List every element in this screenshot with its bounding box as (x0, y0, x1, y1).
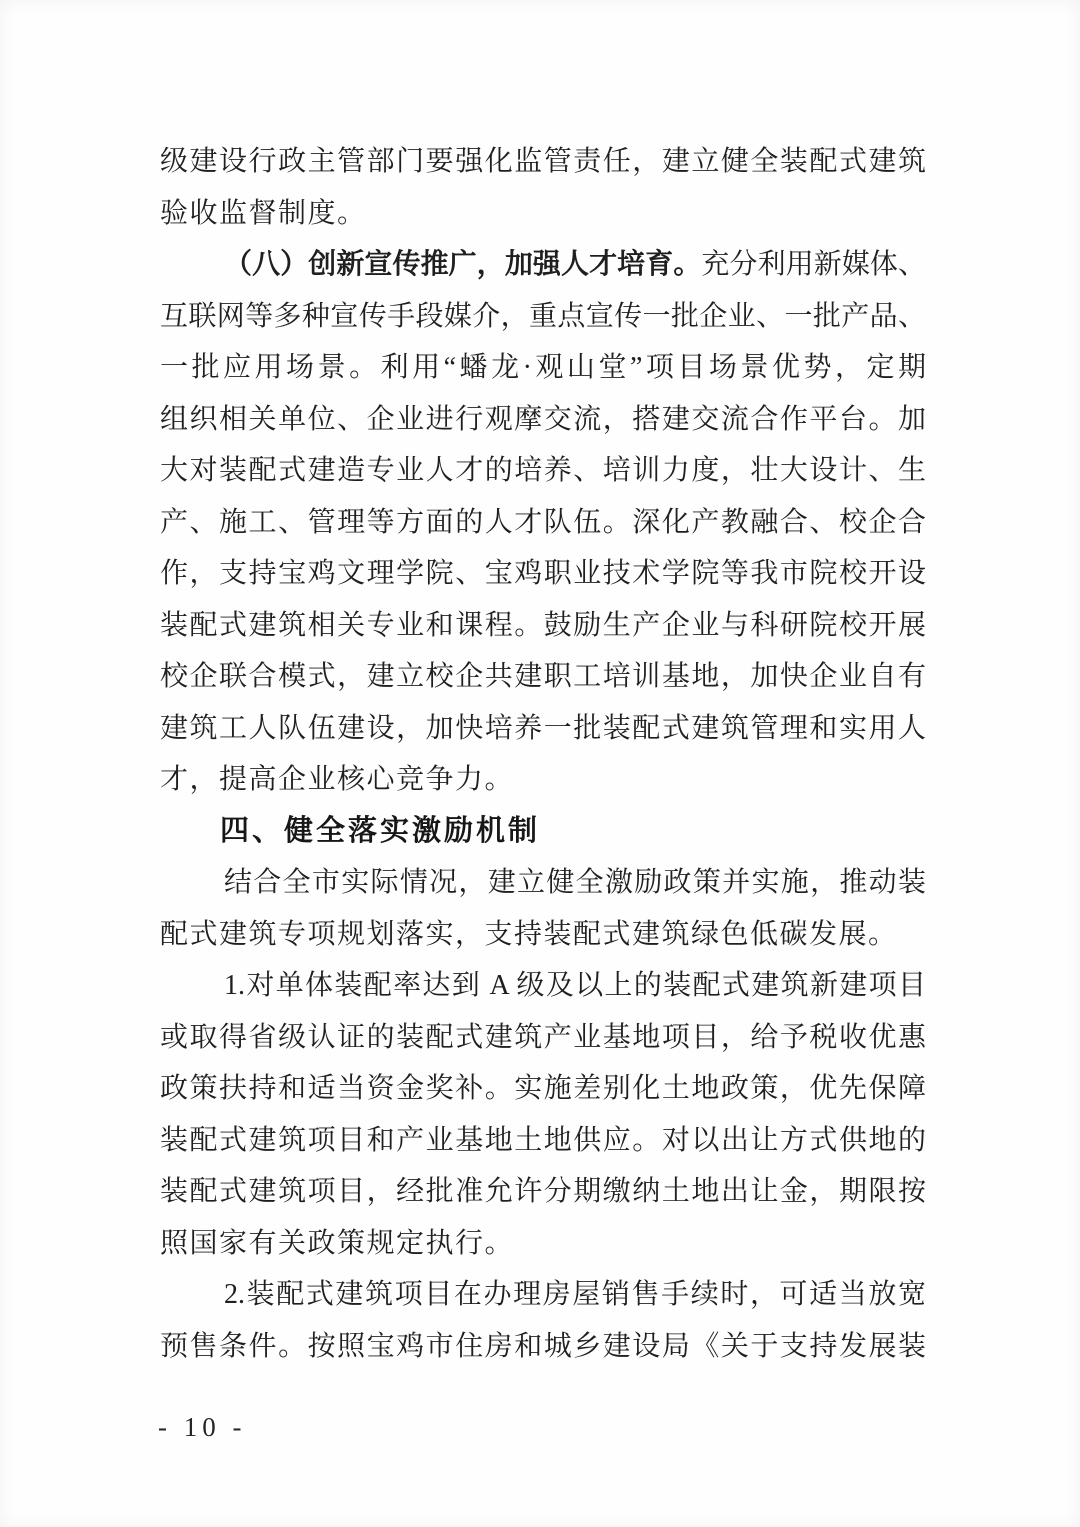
text-line-text: 充分利用新媒体、 (701, 249, 926, 280)
text-line: 校企联合模式，建立校企共建职工培训基地，加快企业自有 (160, 651, 926, 703)
text-line: 配式建筑专项规划落实，支持装配式建筑绿色低碳发展。 (160, 909, 926, 961)
text-line: 组织相关单位、企业进行观摩交流，搭建交流合作平台。加 (160, 394, 926, 446)
text-line: 1.对单体装配率达到 A 级及以上的装配式建筑新建项目 (160, 960, 926, 1012)
page-number: - 10 - (158, 1412, 246, 1443)
section-heading-text: 四、健全落实激励机制 (220, 815, 540, 847)
text-line: 装配式建筑项目，经批准允许分期缴纳土地出让金，期限按 (160, 1166, 926, 1218)
text-line-text: 装配式建筑相关专业和课程。鼓励生产企业与科研院校开展 (160, 610, 926, 641)
text-line-text: 产、施工、管理等方面的人才队伍。深化产教融合、校企合 (160, 507, 926, 538)
text-line: 产、施工、管理等方面的人才队伍。深化产教融合、校企合 (160, 497, 926, 549)
text-line: 装配式建筑相关专业和课程。鼓励生产企业与科研院校开展 (160, 600, 926, 652)
section-heading: 四、健全落实激励机制 (160, 806, 926, 858)
text-line: 2.装配式建筑项目在办理房屋销售手续时，可适当放宽 (160, 1269, 926, 1321)
text-line-text: 组织相关单位、企业进行观摩交流，搭建交流合作平台。加 (160, 404, 926, 435)
text-line-text: 装配式建筑项目，经批准允许分期缴纳土地出让金，期限按 (160, 1176, 926, 1207)
text-line-text: 作，支持宝鸡文理学院、宝鸡职业技术学院等我市院校开设 (160, 558, 926, 589)
text-line-text: 互联网等多种宣传手段媒介，重点宣传一批企业、一批产品、 (160, 301, 926, 332)
text-line-text: 才，提高企业核心竞争力。 (160, 764, 514, 795)
text-line-text: 装配式建筑项目和产业基地土地供应。对以出让方式供地的 (160, 1125, 926, 1156)
text-line-text: 一批应用场景。利用“蟠龙·观山堂”项目场景优势，定期 (160, 352, 926, 383)
text-line-text: 2.装配式建筑项目在办理房屋销售手续时，可适当放宽 (224, 1279, 926, 1310)
text-line-text: 大对装配式建造专业人才的培养、培训力度，壮大设计、生 (160, 455, 926, 486)
text-line: 照国家有关政策规定执行。 (160, 1218, 926, 1270)
text-line: 建筑工人队伍建设，加快培养一批装配式建筑管理和实用人 (160, 703, 926, 755)
text-line-text: 预售条件。按照宝鸡市住房和城乡建设局《关于支持发展装 (160, 1331, 926, 1362)
paragraph-lead-bold: （八）创新宣传推广，加强人才培育。 (224, 249, 701, 280)
text-line: 才，提高企业核心竞争力。 (160, 754, 926, 806)
text-line: 装配式建筑项目和产业基地土地供应。对以出让方式供地的 (160, 1115, 926, 1167)
text-line: 预售条件。按照宝鸡市住房和城乡建设局《关于支持发展装 (160, 1321, 926, 1373)
document-page: 级建设行政主管部门要强化监管责任，建立健全装配式建筑验收监督制度。（八）创新宣传… (0, 0, 1080, 1527)
text-line-text: 级建设行政主管部门要强化监管责任，建立健全装配式建筑 (160, 146, 926, 177)
text-line-text: 校企联合模式，建立校企共建职工培训基地，加快企业自有 (160, 661, 926, 692)
text-line: （八）创新宣传推广，加强人才培育。充分利用新媒体、 (160, 239, 926, 291)
text-line: 级建设行政主管部门要强化监管责任，建立健全装配式建筑 (160, 136, 926, 188)
text-line: 作，支持宝鸡文理学院、宝鸡职业技术学院等我市院校开设 (160, 548, 926, 600)
text-line: 互联网等多种宣传手段媒介，重点宣传一批企业、一批产品、 (160, 291, 926, 343)
text-line: 政策扶持和适当资金奖补。实施差别化土地政策，优先保障 (160, 1063, 926, 1115)
text-line-text: 政策扶持和适当资金奖补。实施差别化土地政策，优先保障 (160, 1073, 926, 1104)
text-line: 验收监督制度。 (160, 188, 926, 240)
text-line-text: 验收监督制度。 (160, 198, 367, 229)
text-line: 结合全市实际情况，建立健全激励政策并实施，推动装 (160, 857, 926, 909)
text-line-text: 建筑工人队伍建设，加快培养一批装配式建筑管理和实用人 (160, 713, 926, 744)
text-line-text: 结合全市实际情况，建立健全激励政策并实施，推动装 (224, 867, 926, 898)
text-block: 级建设行政主管部门要强化监管责任，建立健全装配式建筑验收监督制度。（八）创新宣传… (160, 136, 926, 1372)
text-line-text: 或取得省级认证的装配式建筑产业基地项目，给予税收优惠 (160, 1022, 926, 1053)
text-line: 大对装配式建造专业人才的培养、培训力度，壮大设计、生 (160, 445, 926, 497)
text-line: 一批应用场景。利用“蟠龙·观山堂”项目场景优势，定期 (160, 342, 926, 394)
text-line-text: 照国家有关政策规定执行。 (160, 1228, 514, 1259)
text-line-text: 1.对单体装配率达到 A 级及以上的装配式建筑新建项目 (224, 970, 926, 1001)
text-line: 或取得省级认证的装配式建筑产业基地项目，给予税收优惠 (160, 1012, 926, 1064)
text-line-text: 配式建筑专项规划落实，支持装配式建筑绿色低碳发展。 (160, 919, 898, 950)
